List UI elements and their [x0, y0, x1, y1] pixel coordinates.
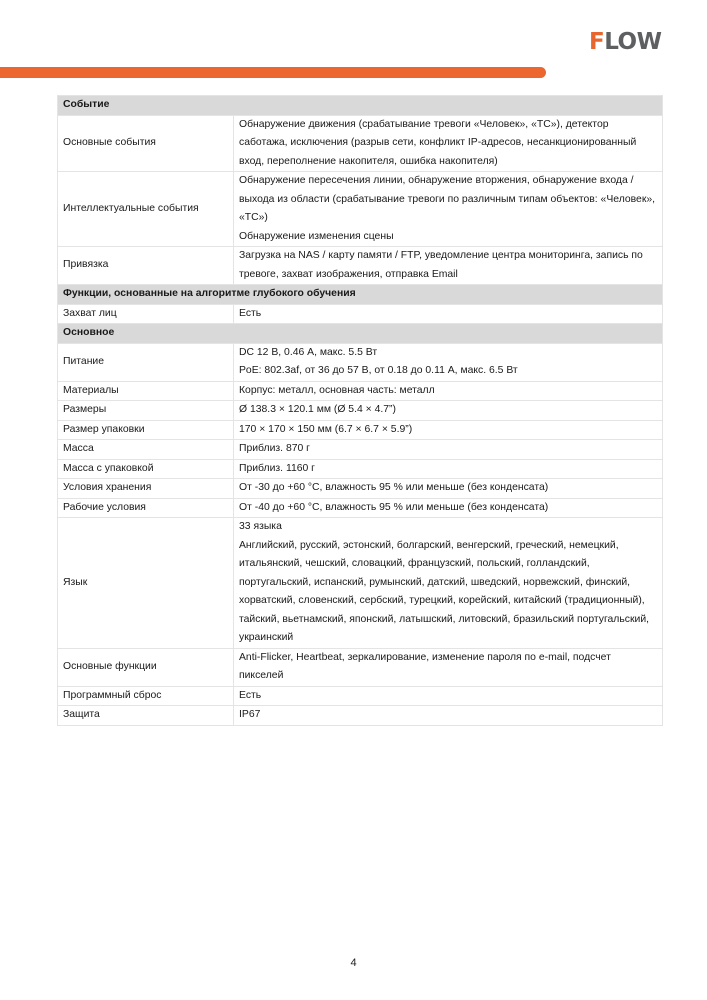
value-line: От -30 до +60 °C, влажность 95 % или мен…: [239, 479, 657, 498]
value-line: Приблиз. 870 г: [239, 440, 657, 459]
row-value: 170 × 170 × 150 мм (6.7 × 6.7 × 5.9”): [234, 420, 663, 440]
page-number: 4: [0, 957, 707, 969]
section-title: Функции, основанные на алгоритме глубоко…: [58, 285, 663, 305]
row-label: Захват лиц: [58, 304, 234, 324]
table-row: Программный сбросЕсть: [58, 686, 663, 706]
flow-logo: FLOW: [589, 30, 661, 54]
row-value: Обнаружение движения (срабатывание трево…: [234, 115, 663, 172]
value-line: Приблиз. 1160 г: [239, 460, 657, 479]
row-label: Масса: [58, 440, 234, 460]
value-line: Корпус: металл, основная часть: металл: [239, 382, 657, 401]
table-row: Рабочие условияОт -40 до +60 °C, влажнос…: [58, 498, 663, 518]
table-row: МатериалыКорпус: металл, основная часть:…: [58, 381, 663, 401]
row-value: Anti-Flicker, Heartbeat, зеркалирование,…: [234, 648, 663, 686]
specification-table: СобытиеОсновные событияОбнаружение движе…: [57, 95, 663, 726]
table-row: Основные событияОбнаружение движения (ср…: [58, 115, 663, 172]
logo-letters-low: LOW: [604, 30, 661, 54]
row-label: Интеллектуальные события: [58, 172, 234, 247]
row-value: От -30 до +60 °C, влажность 95 % или мен…: [234, 479, 663, 499]
row-value: Корпус: металл, основная часть: металл: [234, 381, 663, 401]
value-line: Ø 138.3 × 120.1 мм (Ø 5.4 × 4.7”): [239, 401, 657, 420]
value-line: 33 языка: [239, 518, 657, 537]
row-label: Масса с упаковкой: [58, 459, 234, 479]
row-value: Приблиз. 870 г: [234, 440, 663, 460]
value-line: От -40 до +60 °C, влажность 95 % или мен…: [239, 499, 657, 518]
row-label: Язык: [58, 518, 234, 649]
value-line: DC 12 В, 0.46 А, макс. 5.5 Вт: [239, 344, 657, 363]
table-row: ЗащитаIP67: [58, 706, 663, 726]
value-line: Есть: [239, 687, 657, 706]
section-title: Основное: [58, 324, 663, 344]
section-header-row: Основное: [58, 324, 663, 344]
value-line: 170 × 170 × 150 мм (6.7 × 6.7 × 5.9”): [239, 421, 657, 440]
value-line: Загрузка на NAS / карту памяти / FTP, ув…: [239, 247, 657, 284]
value-line: Обнаружение движения (срабатывание трево…: [239, 116, 657, 172]
table-row: Язык33 языкаАнглийский, русский, эстонск…: [58, 518, 663, 649]
value-line: Есть: [239, 305, 657, 324]
row-value: IP67: [234, 706, 663, 726]
table-row: Основные функцииAnti-Flicker, Heartbeat,…: [58, 648, 663, 686]
row-label: Размер упаковки: [58, 420, 234, 440]
row-label: Программный сброс: [58, 686, 234, 706]
row-label: Условия хранения: [58, 479, 234, 499]
row-value: Приблиз. 1160 г: [234, 459, 663, 479]
table-row: ПитаниеDC 12 В, 0.46 А, макс. 5.5 ВтPoE:…: [58, 343, 663, 381]
row-value: От -40 до +60 °C, влажность 95 % или мен…: [234, 498, 663, 518]
row-label: Основные события: [58, 115, 234, 172]
row-value: Есть: [234, 304, 663, 324]
row-value: Есть: [234, 686, 663, 706]
row-label: Питание: [58, 343, 234, 381]
section-title: Событие: [58, 96, 663, 116]
row-value: Ø 138.3 × 120.1 мм (Ø 5.4 × 4.7”): [234, 401, 663, 421]
row-label: Защита: [58, 706, 234, 726]
table-row: Размер упаковки170 × 170 × 150 мм (6.7 ×…: [58, 420, 663, 440]
table-row: РазмерыØ 138.3 × 120.1 мм (Ø 5.4 × 4.7”): [58, 401, 663, 421]
row-value: Обнаружение пересечения линии, обнаружен…: [234, 172, 663, 247]
value-line: Английский, русский, эстонский, болгарск…: [239, 537, 657, 648]
table-row: МассаПриблиз. 870 г: [58, 440, 663, 460]
row-label: Основные функции: [58, 648, 234, 686]
table-row: Условия храненияОт -30 до +60 °C, влажно…: [58, 479, 663, 499]
row-label: Размеры: [58, 401, 234, 421]
row-label: Материалы: [58, 381, 234, 401]
row-value: 33 языкаАнглийский, русский, эстонский, …: [234, 518, 663, 649]
value-line: Обнаружение изменения сцены: [239, 228, 657, 247]
value-line: IP67: [239, 706, 657, 725]
header-accent-bar: [0, 67, 546, 78]
table-row: Масса с упаковкойПриблиз. 1160 г: [58, 459, 663, 479]
value-line: PoE: 802.3af, от 36 до 57 В, от 0.18 до …: [239, 362, 657, 381]
row-label: Привязка: [58, 247, 234, 285]
table-row: ПривязкаЗагрузка на NAS / карту памяти /…: [58, 247, 663, 285]
section-header-row: Событие: [58, 96, 663, 116]
value-line: Anti-Flicker, Heartbeat, зеркалирование,…: [239, 649, 657, 686]
table-row: Интеллектуальные событияОбнаружение пере…: [58, 172, 663, 247]
section-header-row: Функции, основанные на алгоритме глубоко…: [58, 285, 663, 305]
row-value: Загрузка на NAS / карту памяти / FTP, ув…: [234, 247, 663, 285]
row-value: DC 12 В, 0.46 А, макс. 5.5 ВтPoE: 802.3a…: [234, 343, 663, 381]
row-label: Рабочие условия: [58, 498, 234, 518]
value-line: Обнаружение пересечения линии, обнаружен…: [239, 172, 657, 228]
table-row: Захват лицЕсть: [58, 304, 663, 324]
logo-letter-f: F: [589, 30, 604, 54]
